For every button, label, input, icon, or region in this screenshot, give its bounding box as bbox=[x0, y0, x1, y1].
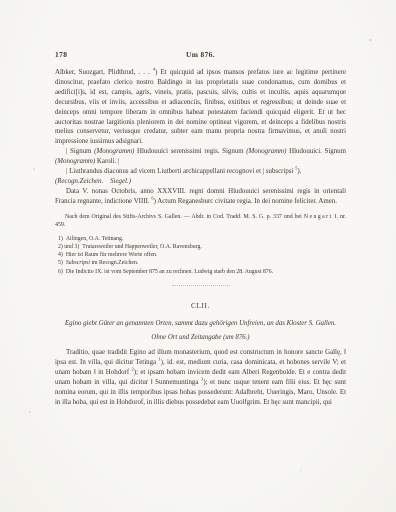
footnote-text: Die Indictio IX. ist vom September 875 a… bbox=[66, 269, 273, 275]
text-run: Albker, Suozgart, Plidthrud, . . . bbox=[55, 69, 153, 76]
recogn-zeichen-siegel-note: (Recogn.Zeichen. Siegel.) bbox=[55, 178, 131, 185]
running-head: Um 876. bbox=[55, 50, 346, 59]
footnote-marker: 1) bbox=[58, 236, 63, 242]
monogram-note: (Monogramm) bbox=[94, 148, 134, 155]
footnote-marker: 5) bbox=[58, 260, 63, 266]
footnote-text: Hier ist Raum für mehrere Worte offen. bbox=[66, 252, 158, 258]
charter-dateline: Ohne Ort und Zeitangabe (um 876.) bbox=[55, 334, 346, 341]
section-divider bbox=[172, 285, 230, 286]
author-name-neugart: Neugart bbox=[304, 214, 333, 220]
footnote-6: 6)Die Indictio IX. ist vom September 875… bbox=[58, 268, 346, 276]
charter-152-body-paragraph: Traditio, quae tradidit Egino ad illum m… bbox=[55, 348, 346, 407]
charter-title: Egino giebt Güter an genannten Orten, sa… bbox=[65, 319, 337, 329]
text-run: Hludouuici serenissimi regis. Signum bbox=[134, 148, 246, 155]
footnote-text: im Recogn.Zeichen. bbox=[90, 260, 138, 266]
footnote-4: 4)Hier ist Raum für mehrere Worte offen. bbox=[58, 251, 346, 259]
footnote-marker: 4) bbox=[58, 252, 63, 258]
recognition-line: | Liuthrandus diaconus ad vicem Liutbert… bbox=[55, 167, 346, 177]
source-note: Nach dem Original des Stifts-Archivs S. … bbox=[55, 213, 346, 230]
signum-line: | Signum (Monogramm) Hludouuici sereniss… bbox=[55, 147, 346, 167]
scan-speck bbox=[33, 168, 35, 170]
footnote-text: Trutarsweiler und Happenweiler, O.A. Rav… bbox=[82, 244, 202, 250]
text-run: ). bbox=[297, 168, 301, 175]
page-header: 178 Um 876. bbox=[55, 50, 346, 61]
footnote-marker: 2) und 3) bbox=[58, 244, 79, 250]
monogram-note: (Monogramm) bbox=[55, 158, 95, 165]
book-page-scan: 178 Um 876. Albker, Suozgart, Plidthrud,… bbox=[0, 0, 396, 512]
page-content: 178 Um 876. Albker, Suozgart, Plidthrud,… bbox=[55, 50, 346, 408]
charter-151-continuation-paragraph: Albker, Suozgart, Plidthrud, . . . 4) Et… bbox=[55, 68, 346, 147]
datum-paragraph: Data V. nonas Octobris, anno XXXVIII. re… bbox=[55, 187, 346, 207]
footnote-2-3: 2) und 3)Trutarsweiler und Happenweiler,… bbox=[58, 243, 346, 251]
text-run: | Signum bbox=[66, 148, 94, 155]
scan-speck bbox=[369, 39, 372, 41]
monogram-note: (Monogramm) bbox=[246, 148, 286, 155]
text-run: ) Actum Reganesburc civitate regia. In d… bbox=[154, 198, 337, 205]
footnote-italic: Subscripsi bbox=[66, 260, 90, 266]
text-run: Hludouuici. Signum bbox=[286, 148, 346, 155]
footnotes-block: 1)Ailingen, O.A. Tettnang. 2) und 3)Trut… bbox=[55, 235, 346, 276]
charter-number: CLII. bbox=[55, 301, 346, 310]
text-run: Karoli. | bbox=[95, 158, 119, 165]
scan-speck bbox=[29, 411, 31, 413]
scan-speck bbox=[300, 469, 302, 471]
footnote-1: 1)Ailingen, O.A. Tettnang. bbox=[58, 235, 346, 243]
footnote-marker: 6) bbox=[58, 269, 63, 275]
footnote-text: Ailingen, O.A. Tettnang. bbox=[66, 236, 123, 242]
text-run: | Liuthrandus diaconus ad vicem Liutbert… bbox=[66, 168, 295, 175]
recognition-symbols-note: (Recogn.Zeichen. Siegel.) bbox=[55, 177, 346, 187]
footnote-5: 5)Subscripsi im Recogn.Zeichen. bbox=[58, 259, 346, 267]
text-run: ) Et quicquid ad ipsos mansos prefatos i… bbox=[55, 69, 346, 145]
text-run: Nach dem Original des Stifts-Archivs S. … bbox=[65, 214, 304, 220]
